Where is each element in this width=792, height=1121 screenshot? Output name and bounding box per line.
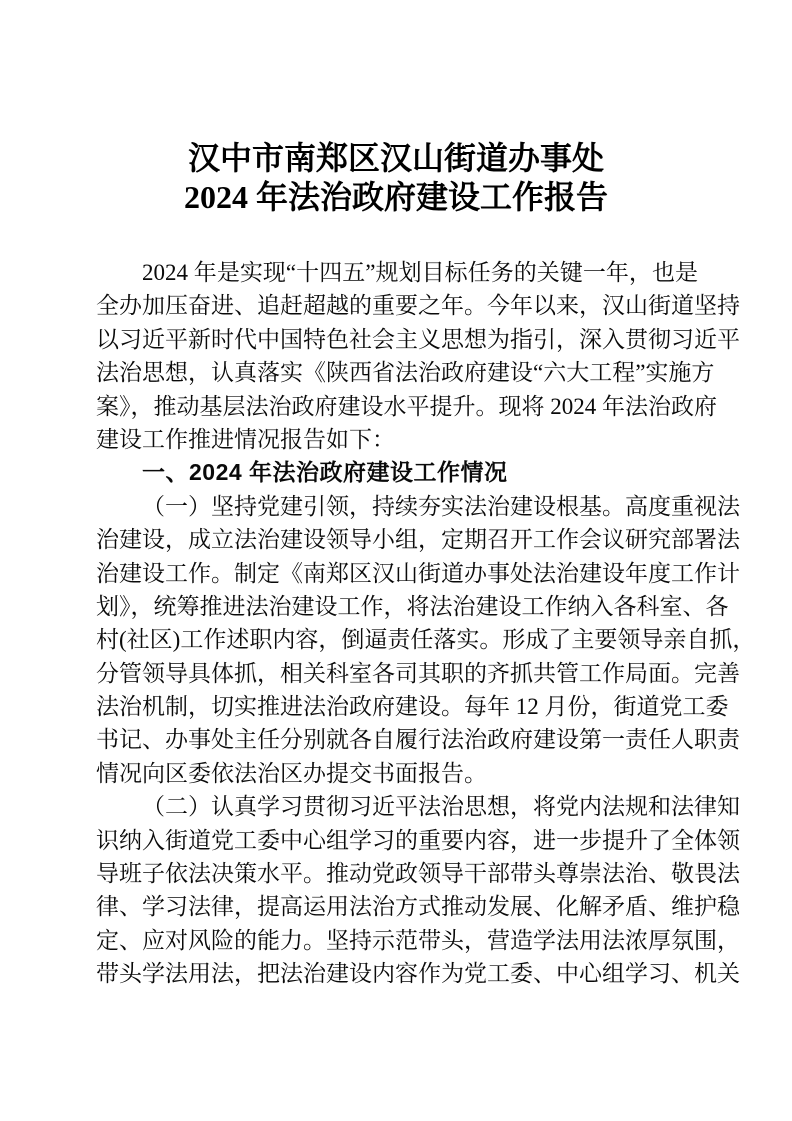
text-line: 法治思想，认真落实《陕西省法治政府建设“六大工程”实施方 [96, 356, 698, 389]
text-line: 情况向区委依法治区办提交书面报告。 [96, 757, 698, 790]
title-line-1: 汉中市南郑区汉山街道办事处 [0, 139, 792, 178]
text-line: 划》，统筹推进法治建设工作，将法治建设工作纳入各科室、各 [96, 590, 698, 623]
text-line: 全办加压奋进、追赶超越的重要之年。今年以来，汉山街道坚持 [96, 289, 698, 322]
text-line: 导班子依法决策水平。推动党政领导干部带头尊崇法治、敬畏法 [96, 857, 698, 890]
text-line: 法治机制，切实推进法治政府建设。每年 12 月份，街道党工委 [96, 690, 698, 723]
text-line: 定、应对风险的能力。坚持示范带头，营造学法用法浓厚氛围， [96, 924, 698, 957]
document-body: 2024 年是实现“十四五”规划目标任务的关键一年，也是 全办加压奋进、追赶超越… [96, 256, 698, 991]
text-line: （一）坚持党建引领，持续夯实法治建设根基。高度重视法 [96, 490, 698, 523]
document-title: 汉中市南郑区汉山街道办事处 2024 年法治政府建设工作报告 [0, 139, 792, 217]
text-line: 村(社区)工作述职内容，倒逼责任落实。形成了主要领导亲自抓， [96, 623, 698, 656]
text-line: 案》，推动基层法治政府建设水平提升。现将 2024 年法治政府 [96, 390, 698, 423]
text-line: 治建设，成立法治建设领导小组，定期召开工作会议研究部署法 [96, 523, 698, 556]
title-line-2: 2024 年法治政府建设工作报告 [0, 178, 792, 217]
text-line: 律、学习法律，提高运用法治方式推动发展、化解矛盾、维护稳 [96, 890, 698, 923]
text-line: 建设工作推进情况报告如下： [96, 423, 698, 456]
text-line: 书记、办事处主任分别就各自履行法治政府建设第一责任人职责 [96, 723, 698, 756]
text-line: 识纳入街道党工委中心组学习的重要内容，进一步提升了全体领 [96, 824, 698, 857]
text-line: 带头学法用法，把法治建设内容作为党工委、中心组学习、机关 [96, 957, 698, 990]
text-line: 分管领导具体抓，相关科室各司其职的齐抓共管工作局面。完善 [96, 657, 698, 690]
text-line: 以习近平新时代中国特色社会主义思想为指引，深入贯彻习近平 [96, 323, 698, 356]
text-line: 2024 年是实现“十四五”规划目标任务的关键一年，也是 [96, 256, 698, 289]
section-heading: 一、2024 年法治政府建设工作情况 [96, 456, 698, 489]
text-line: 治建设工作。制定《南郑区汉山街道办事处法治建设年度工作计 [96, 557, 698, 590]
text-line: （二）认真学习贯彻习近平法治思想，将党内法规和法律知 [96, 790, 698, 823]
document-page: 汉中市南郑区汉山街道办事处 2024 年法治政府建设工作报告 2024 年是实现… [0, 0, 792, 1121]
